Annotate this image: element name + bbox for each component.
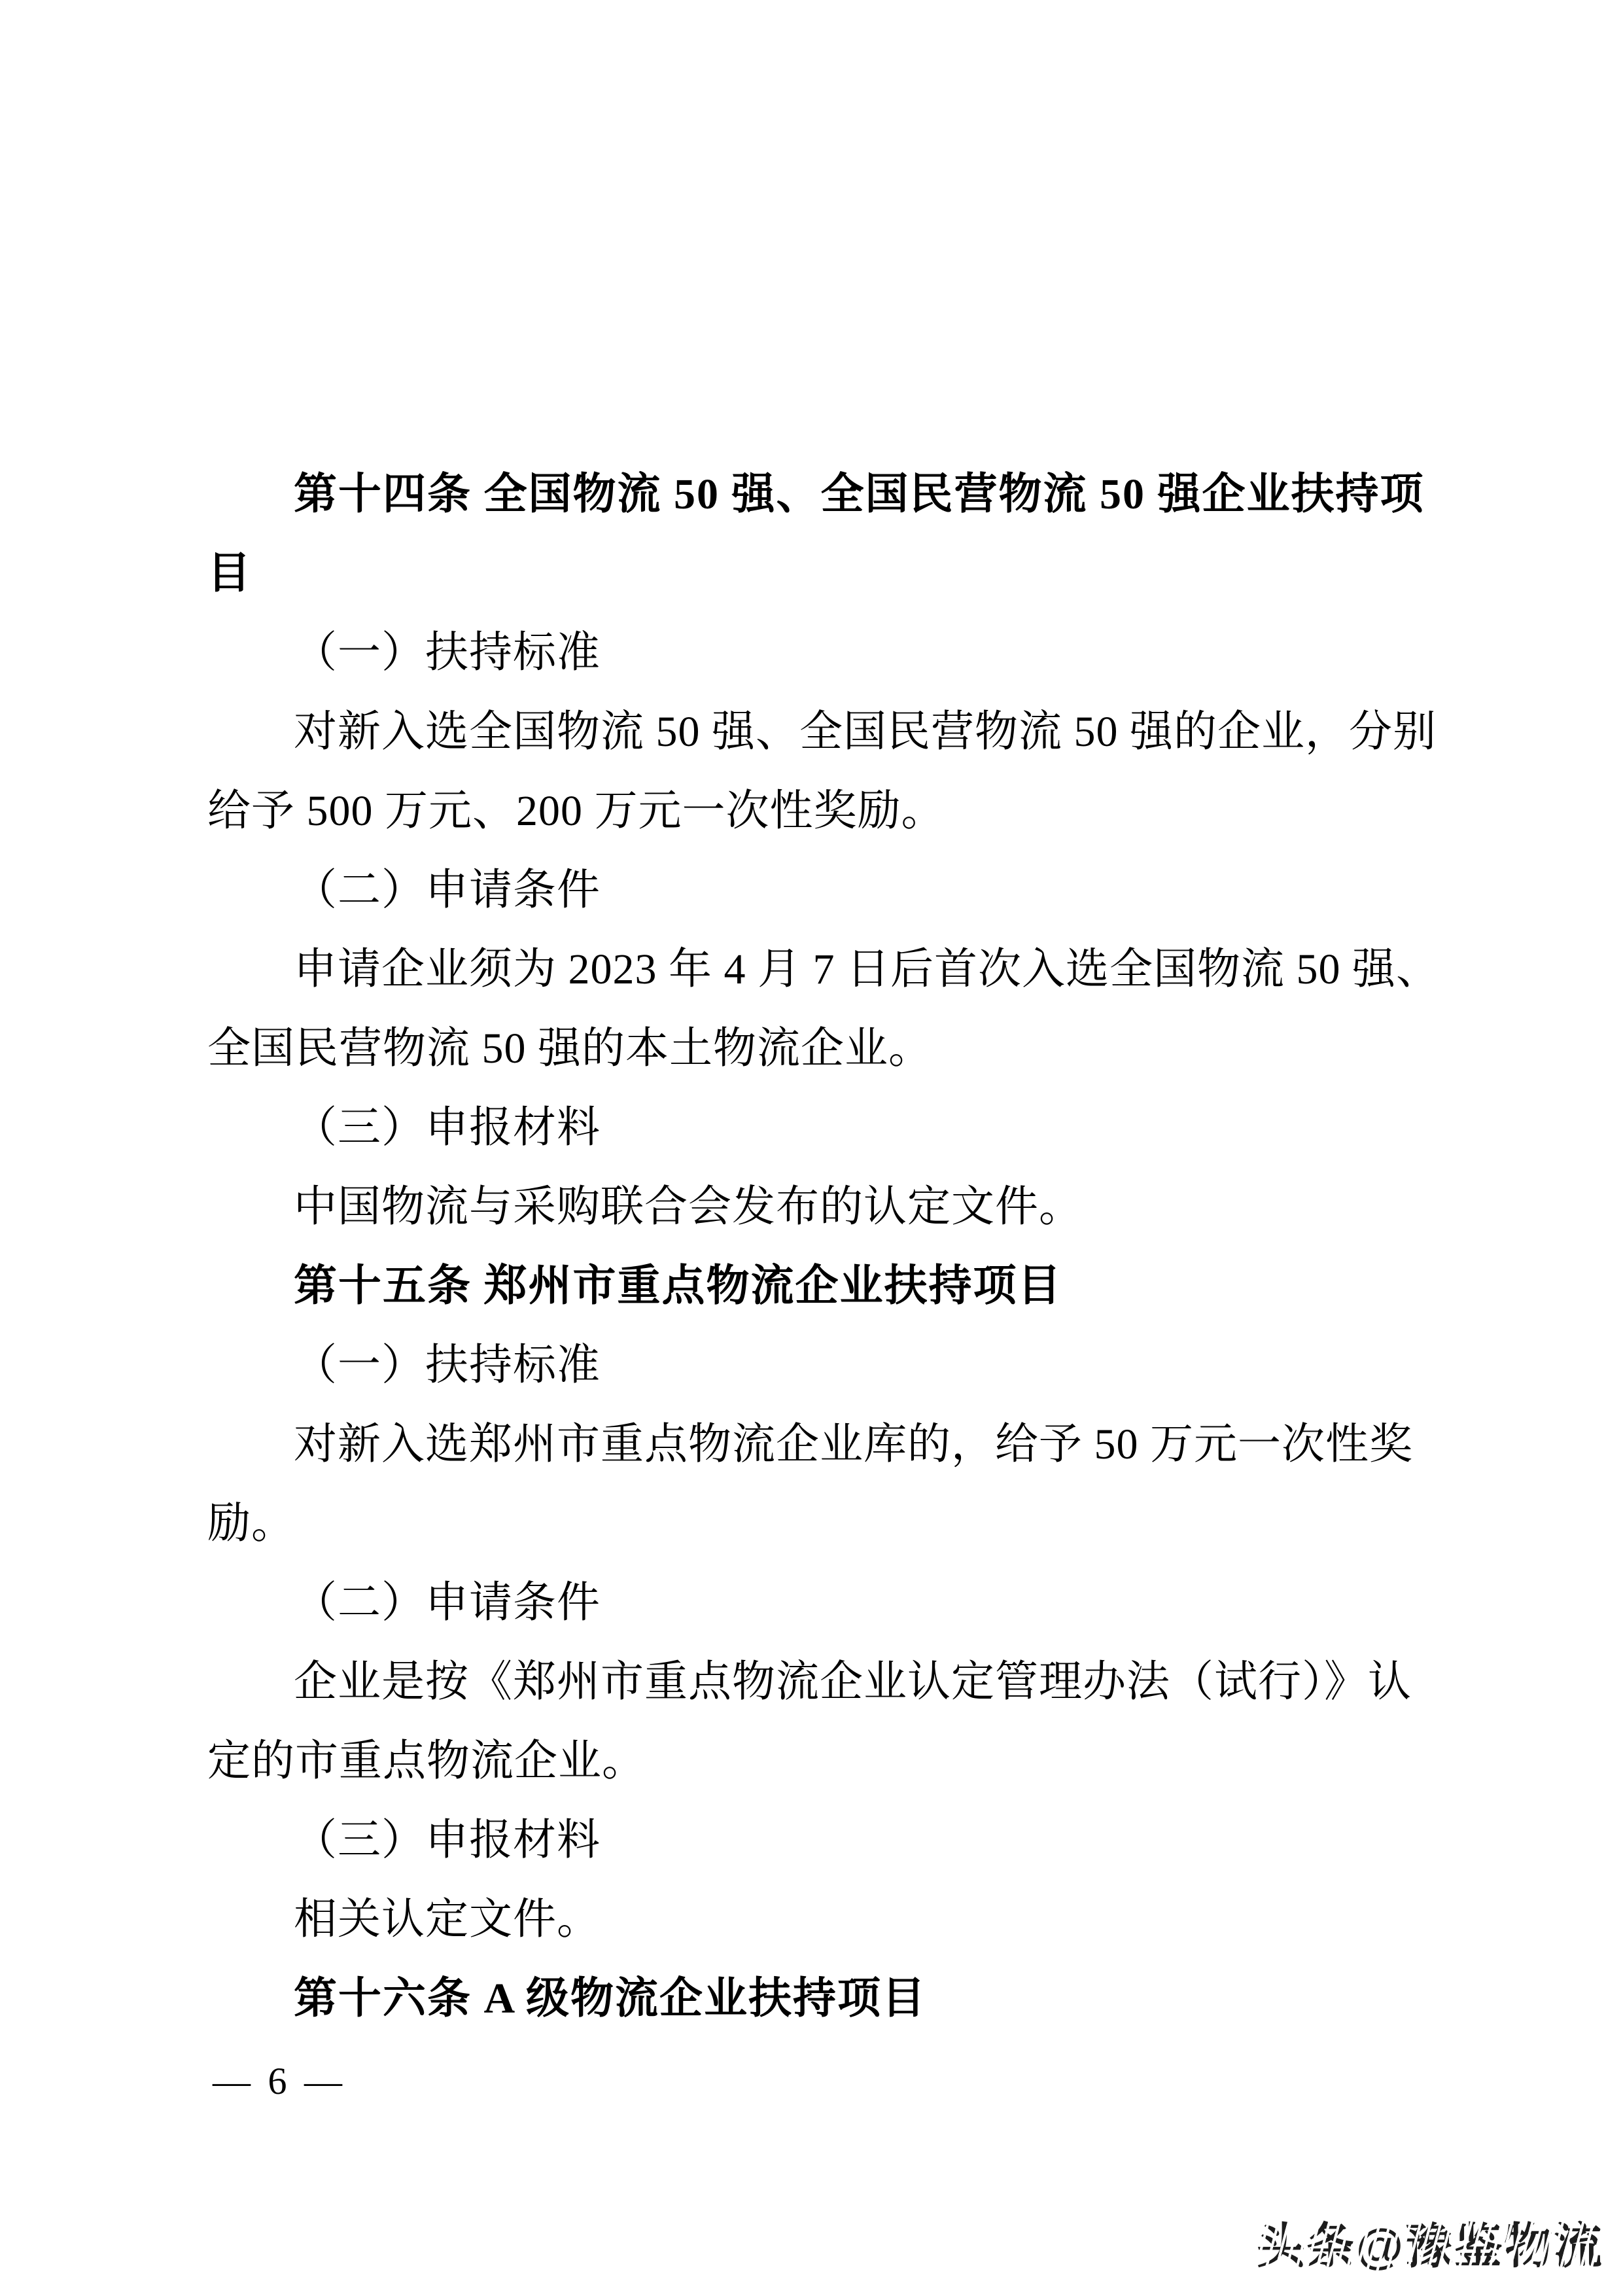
body-text-line: 给予 500 万元、200 万元一次性奖励。	[207, 771, 1411, 851]
body-text-line: 对新入选全国物流 50 强、全国民营物流 50 强的企业，分别	[207, 692, 1411, 771]
section-heading-line: 第十六条 A 级物流企业扶持项目	[207, 1959, 1411, 2038]
body-text-line: （三）申报材料	[207, 1088, 1411, 1167]
body-text-line: 对新入选郑州市重点物流企业库的，给予 50 万元一次性奖	[207, 1405, 1411, 1484]
section-heading-line: 目	[207, 534, 1411, 613]
body-text-line: （一）扶持标准	[207, 1326, 1411, 1405]
body-text-line: （一）扶持标准	[207, 613, 1411, 692]
document-body: 第十四条 全国物流 50 强、全国民营物流 50 强企业扶持项目（一）扶持标准对…	[207, 455, 1411, 2038]
body-text-line: 中国物流与采购联合会发布的认定文件。	[207, 1167, 1411, 1246]
page-number: — 6 —	[213, 2041, 346, 2121]
body-text-line: （三）申报材料	[207, 1801, 1411, 1880]
toutiao-watermark: 头条@豫鉴物流	[1257, 2214, 1603, 2279]
body-text-line: 申请企业须为 2023 年 4 月 7 日后首次入选全国物流 50 强、	[207, 930, 1411, 1009]
body-text-line: 定的市重点物流企业。	[207, 1722, 1411, 1801]
body-text-line: 企业是按《郑州市重点物流企业认定管理办法（试行）》认	[207, 1642, 1411, 1722]
body-text-line: （二）申请条件	[207, 1563, 1411, 1642]
body-text-line: 相关认定文件。	[207, 1880, 1411, 1959]
section-heading-line: 第十四条 全国物流 50 强、全国民营物流 50 强企业扶持项	[207, 455, 1411, 534]
document-page: 第十四条 全国物流 50 强、全国民营物流 50 强企业扶持项目（一）扶持标准对…	[0, 0, 1623, 2296]
body-text-line: 励。	[207, 1484, 1411, 1563]
section-heading-line: 第十五条 郑州市重点物流企业扶持项目	[207, 1246, 1411, 1326]
body-text-line: （二）申请条件	[207, 851, 1411, 930]
body-text-line: 全国民营物流 50 强的本土物流企业。	[207, 1009, 1411, 1088]
